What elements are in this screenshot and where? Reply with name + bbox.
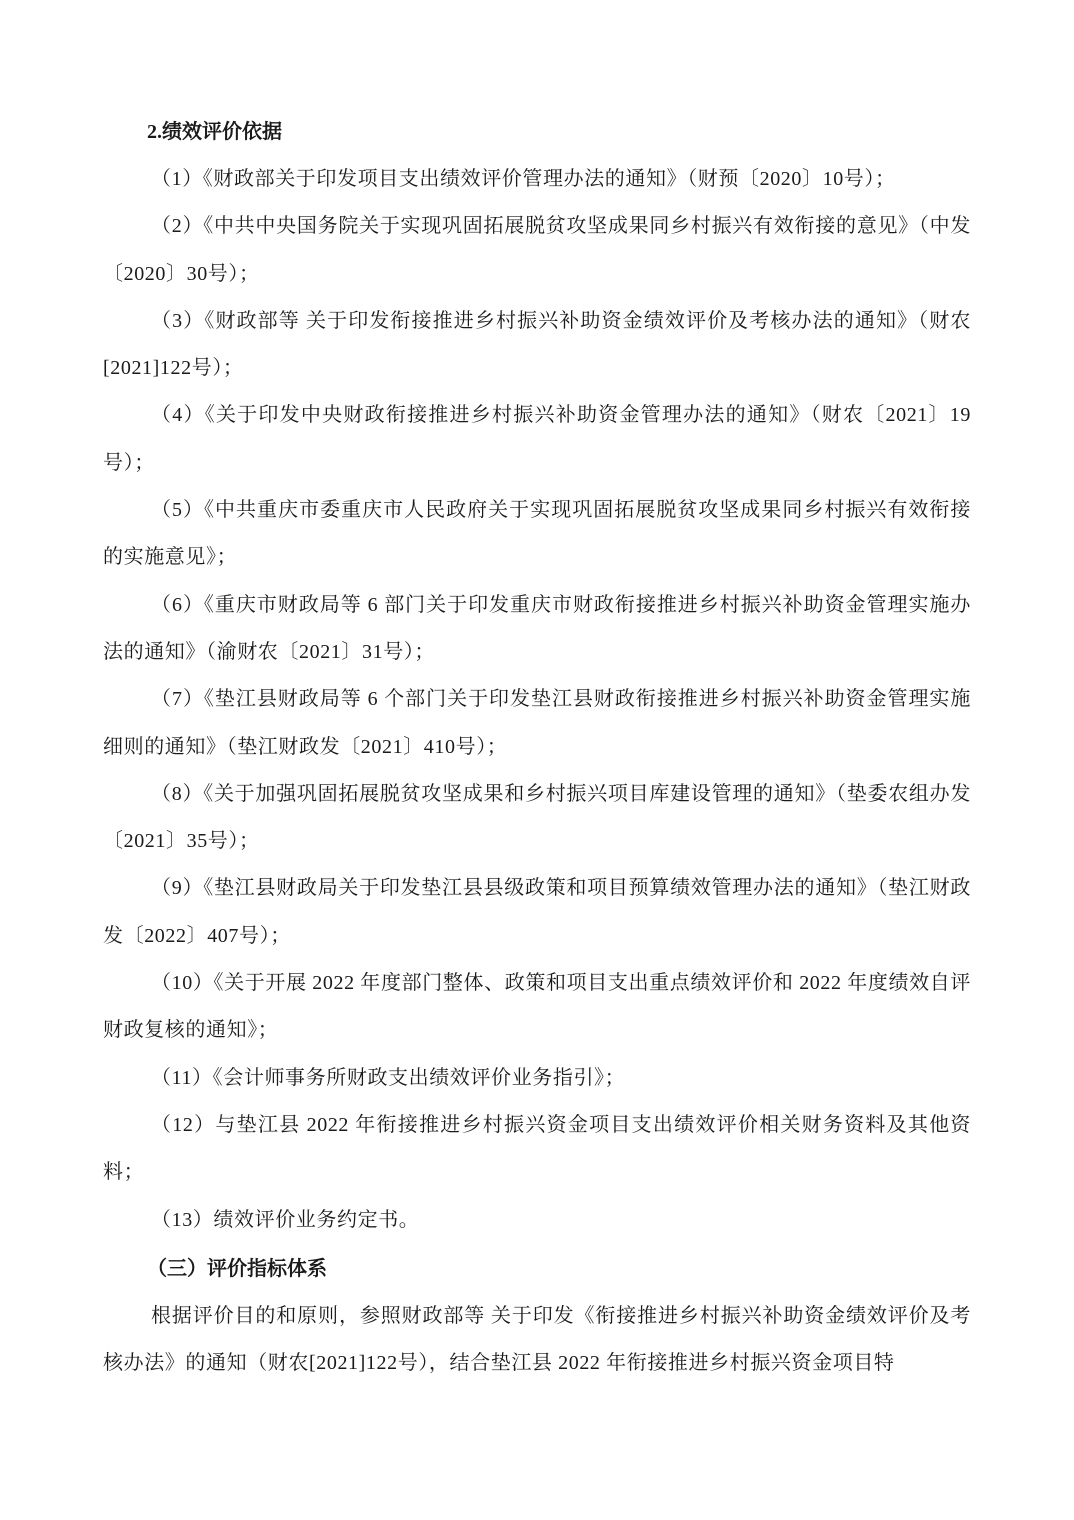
reference-item-9: （9）《垫江县财政局关于印发垫江县县级政策和项目预算绩效管理办法的通知》（垫江财… (103, 865, 971, 960)
reference-item-6: （6）《重庆市财政局等 6 部门关于印发重庆市财政衔接推进乡村振兴补助资金管理实… (103, 582, 971, 677)
reference-list: （1）《财政部关于印发项目支出绩效评价管理办法的通知》（财预〔2020〕10号）… (103, 156, 971, 1244)
reference-item-4: （4）《关于印发中央财政衔接推进乡村振兴补助资金管理办法的通知》（财农〔2021… (103, 392, 971, 487)
reference-item-1: （1）《财政部关于印发项目支出绩效评价管理办法的通知》（财预〔2020〕10号）… (103, 156, 971, 203)
section-heading-indicator-system: （三）评价指标体系 (103, 1246, 971, 1293)
reference-item-2: （2）《中共中央国务院关于实现巩固拓展脱贫攻坚成果同乡村振兴有效衔接的意见》（中… (103, 203, 971, 298)
reference-item-12: （12）与垫江县 2022 年衔接推进乡村振兴资金项目支出绩效评价相关财务资料及… (103, 1102, 971, 1197)
subheading-evaluation-basis: 2.绩效评价依据 (103, 112, 971, 152)
reference-item-3: （3）《财政部等 关于印发衔接推进乡村振兴补助资金绩效评价及考核办法的通知》（财… (103, 298, 971, 393)
section-paragraph: 根据评价目的和原则，参照财政部等 关于印发《衔接推进乡村振兴补助资金绩效评价及考… (103, 1293, 971, 1388)
reference-item-11: （11）《会计师事务所财政支出绩效评价业务指引》； (103, 1055, 971, 1102)
reference-item-10: （10）《关于开展 2022 年度部门整体、政策和项目支出重点绩效评价和 202… (103, 960, 971, 1055)
reference-item-5: （5）《中共重庆市委重庆市人民政府关于实现巩固拓展脱贫攻坚成果同乡村振兴有效衔接… (103, 487, 971, 582)
document-page: 2.绩效评价依据 （1）《财政部关于印发项目支出绩效评价管理办法的通知》（财预〔… (103, 112, 971, 1387)
reference-item-8: （8）《关于加强巩固拓展脱贫攻坚成果和乡村振兴项目库建设管理的通知》（垫委农组办… (103, 771, 971, 866)
reference-item-7: （7）《垫江县财政局等 6 个部门关于印发垫江县财政衔接推进乡村振兴补助资金管理… (103, 676, 971, 771)
reference-item-13: （13）绩效评价业务约定书。 (103, 1197, 971, 1244)
